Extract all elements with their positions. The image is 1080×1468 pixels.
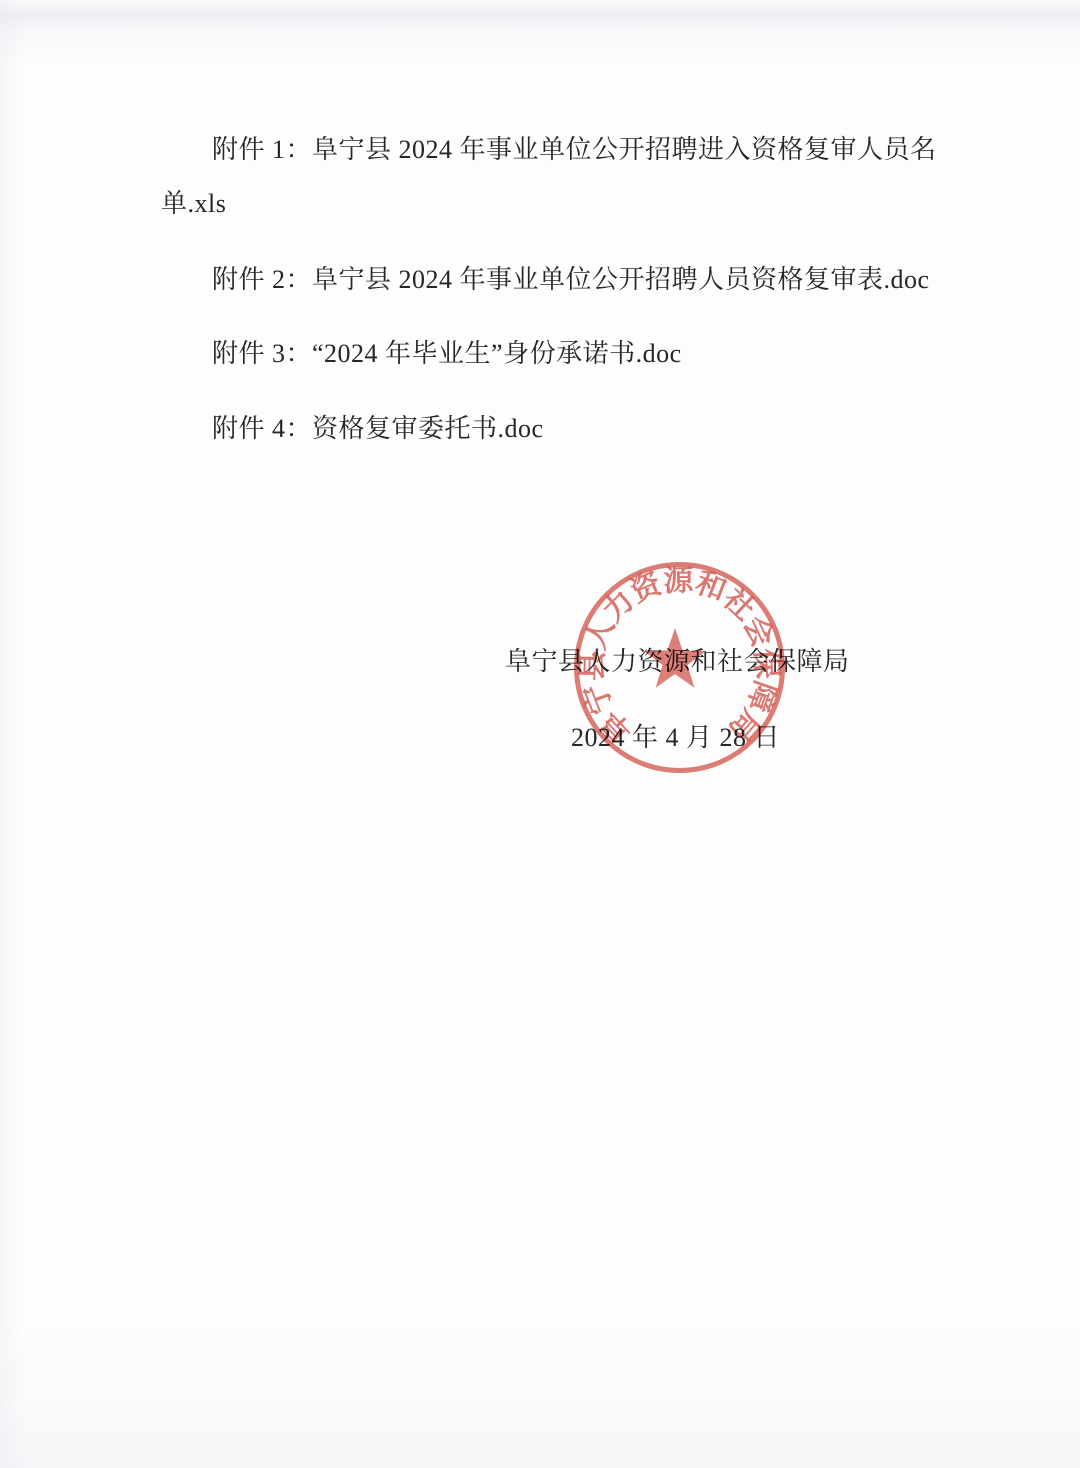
attachment-3-line: 附件 3：“2024 年毕业生”身份承诺书.doc — [212, 339, 682, 369]
issuing-authority: 阜宁县人力资源和社会保障局 — [505, 647, 850, 677]
attachment-4-line: 附件 4：资格复审委托书.doc — [212, 414, 544, 444]
attachment-1-line-2: 单.xls — [161, 189, 226, 219]
attachment-2-line: 附件 2：阜宁县 2024 年事业单位公开招聘人员资格复审表.doc — [212, 265, 930, 295]
scanned-document-page: 附件 1：阜宁县 2024 年事业单位公开招聘进入资格复审人员名 单.xls 附… — [0, 0, 1080, 1468]
scan-edge-shading-bottom — [0, 1318, 1080, 1468]
issue-date: 2024 年 4 月 28 日 — [571, 723, 780, 753]
scan-edge-shading-top — [0, 0, 1080, 64]
attachment-1-line-1: 附件 1：阜宁县 2024 年事业单位公开招聘进入资格复审人员名 — [212, 135, 937, 165]
scan-edge-shading-left — [0, 0, 26, 1468]
